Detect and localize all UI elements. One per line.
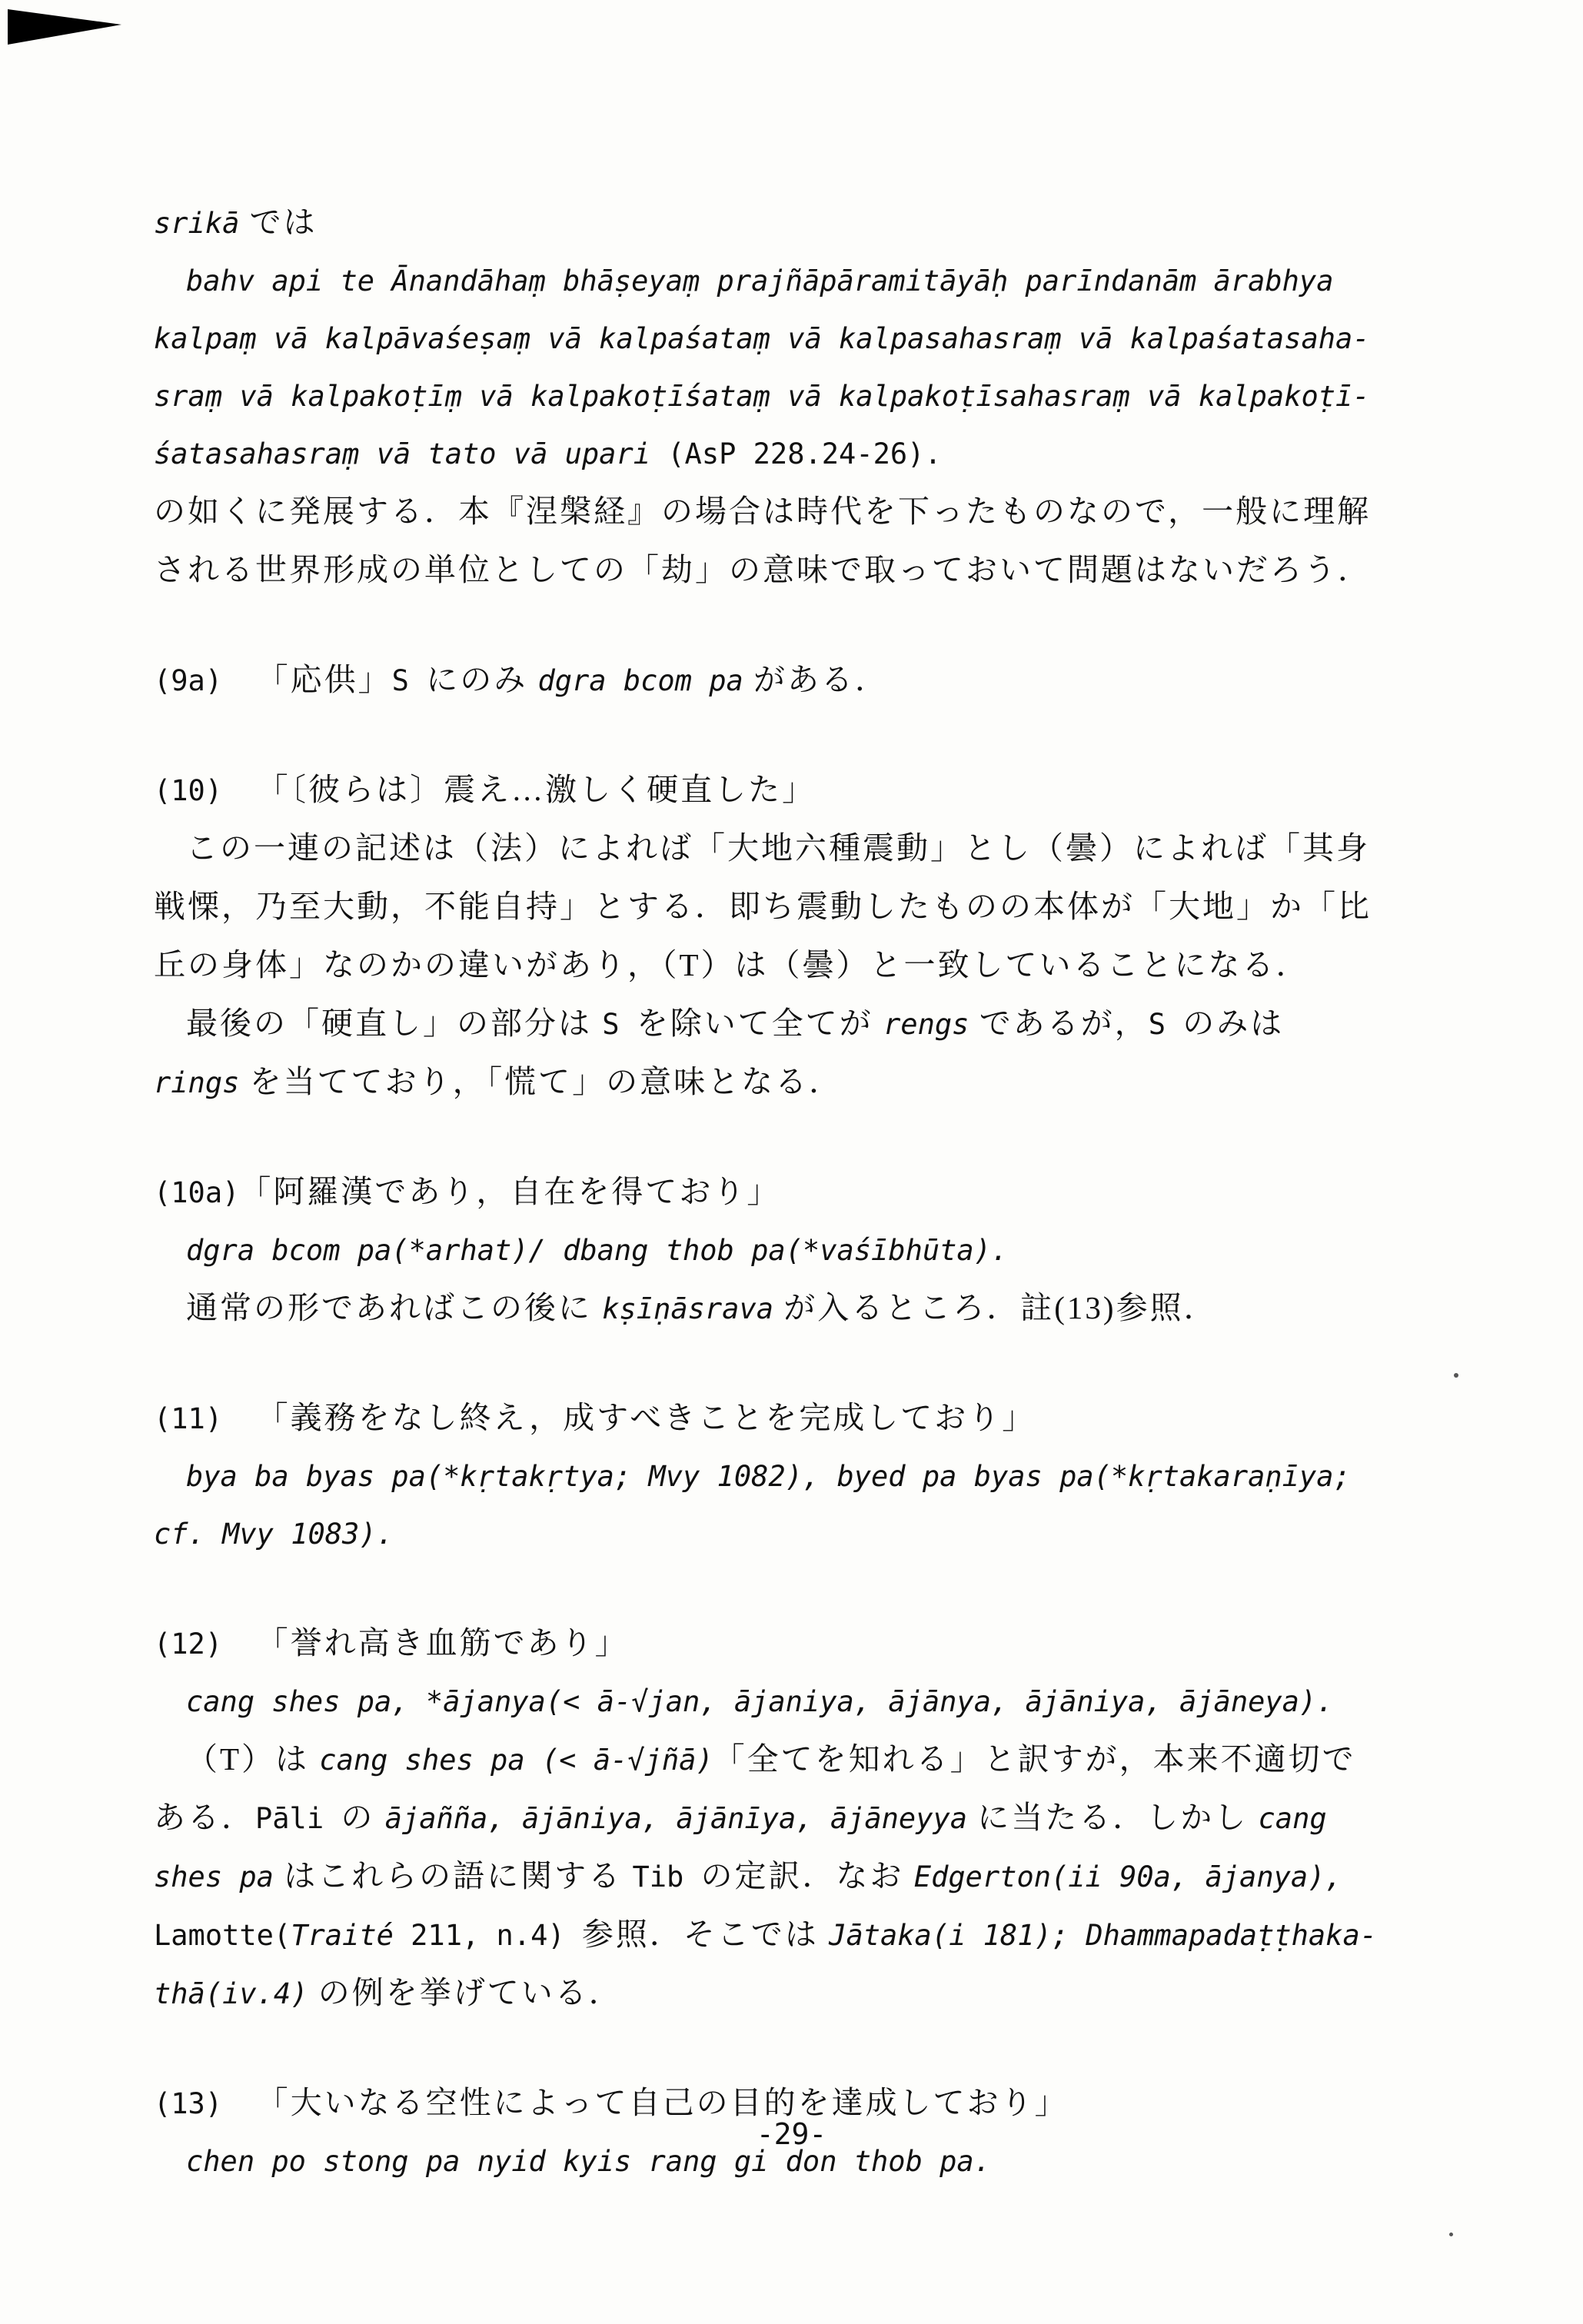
transliteration-text: śatasahasraṃ vā tato vā upari xyxy=(154,437,667,470)
transliteration-text: Traité xyxy=(291,1919,394,1952)
text-line: ある．Pāli の ājañña, ājāniya, ājānīya, ājān… xyxy=(154,1792,1468,1850)
japanese-text: 「阿羅漢であり，自在を得ており」 xyxy=(239,1174,780,1209)
transliteration-text: bahv api te Ānandāhaṃ bhāṣeyaṃ prajñāpār… xyxy=(186,264,1333,298)
text-line: (12) 「誉れ高き血筋であり」 xyxy=(154,1617,1468,1676)
text-line: （T）は cang shes pa (< ā-√jñā)「全てを知れる」と訳すが… xyxy=(154,1734,1468,1792)
japanese-text: に当たる．しかし xyxy=(967,1800,1259,1835)
text-line: (10) 「〔彼らは〕震え…激しく硬直した」 xyxy=(154,764,1468,823)
roman-text: Tib xyxy=(632,1860,700,1893)
transliteration-text: dgra bcom pa(*arhat)/ dbang thob pa(*vaś… xyxy=(186,1234,1008,1267)
japanese-text: 丘の身体」なのかの違いがあり，（T）は（曇）と一致していることになる． xyxy=(154,947,1310,982)
transliteration-text: cf. Mvy 1083). xyxy=(154,1518,394,1551)
transliteration-text: Edgerton(ii 90a, ājanya), xyxy=(914,1860,1342,1893)
text-line: cf. Mvy 1083). xyxy=(154,1508,1468,1566)
transliteration-text: cang shes pa, *ājanya(< ā-√jan, ājaniya,… xyxy=(186,1685,1333,1718)
transliteration-text: rings xyxy=(154,1066,239,1099)
text-line: される世界形成の単位としての「劫」の意味で取っておいて問題はないだろう． xyxy=(154,544,1468,603)
transliteration-text: srikā xyxy=(154,207,239,240)
corner-fold-artifact xyxy=(8,6,123,46)
japanese-text: では xyxy=(239,204,317,240)
japanese-text: を当てており，「慌て」の意味となる． xyxy=(239,1064,843,1099)
roman-text: (10a) xyxy=(154,1176,239,1209)
japanese-text: 「大いなる空性によって自己の目的を達成しており」 xyxy=(257,2085,1069,2120)
japanese-text: の如くに発展する．本『涅槃経』の場合は時代を下ったものなので，一般に理解 xyxy=(154,494,1371,529)
transliteration-text: sraṃ vā kalpakoṭīṃ vā kalpakoṭīśataṃ vā … xyxy=(154,380,1370,413)
roman-text: Lamotte( xyxy=(154,1919,291,1952)
text-line: この一連の記述は（法）によれば「大地六種震動」とし（曇）によれば「其身 xyxy=(154,823,1468,881)
japanese-text: の xyxy=(341,1800,384,1835)
japanese-text: 戦慄，乃至大動，不能自持」とする．即ち震動したものの本体が「大地」か「比 xyxy=(154,889,1372,924)
roman-text: Pāli xyxy=(255,1802,341,1835)
transliteration-text: ājañña, ājāniya, ājānīya, ājāneyya xyxy=(385,1802,967,1835)
roman-text: S xyxy=(1149,1008,1183,1041)
japanese-text: のみは xyxy=(1182,1006,1284,1041)
japanese-text: ある． xyxy=(154,1800,255,1835)
text-line: (9a) 「応供」S にのみ dgra bcom pa がある． xyxy=(154,654,1468,713)
japanese-text: 「誉れ高き血筋であり」 xyxy=(257,1625,629,1661)
japanese-text: 「義務をなし終え，成すべきことを完成しており」 xyxy=(257,1400,1036,1435)
roman-text: (9a) xyxy=(154,664,257,697)
japanese-text: される世界形成の単位としての「劫」の意味で取っておいて問題はないだろう． xyxy=(154,552,1372,587)
japanese-text: を除いて全てが xyxy=(637,1006,883,1041)
text-line: cang shes pa, *ājanya(< ā-√jan, ājaniya,… xyxy=(154,1676,1468,1734)
japanese-text: 最後の「硬直し」の部分は xyxy=(186,1006,602,1041)
text-line: thā(iv.4) の例を挙げている． xyxy=(154,1967,1468,2026)
japanese-text: はこれらの語に関する xyxy=(274,1858,633,1893)
japanese-text: の例を挙げている． xyxy=(308,1975,622,2010)
text-line: shes pa はこれらの語に関する Tib の定訳．なお Edgerton(i… xyxy=(154,1850,1468,1909)
roman-text: S xyxy=(392,664,427,697)
transliteration-text: kṣīṇāsrava xyxy=(602,1292,773,1325)
transliteration-text: rengs xyxy=(883,1008,969,1041)
transliteration-text: bya ba byas pa(*kṛtakṛtya; Mvy 1082), by… xyxy=(186,1460,1351,1493)
roman-text: (10) xyxy=(154,774,257,807)
roman-text: S xyxy=(602,1008,637,1041)
transliteration-text: kalpaṃ vā kalpāvaśeṣaṃ vā kalpaśataṃ vā … xyxy=(154,322,1370,355)
text-line: 丘の身体」なのかの違いがあり，（T）は（曇）と一致していることになる． xyxy=(154,939,1468,998)
page-number: -29- xyxy=(0,2117,1583,2151)
text-line: (11) 「義務をなし終え，成すべきことを完成しており」 xyxy=(154,1392,1468,1451)
text-line: Lamotte(Traité 211, n.4) 参照．そこでは Jātaka(… xyxy=(154,1909,1468,1967)
text-line: rings を当てており，「慌て」の意味となる． xyxy=(154,1056,1468,1115)
text-line: śatasahasraṃ vā tato vā upari (AsP 228.2… xyxy=(154,428,1468,486)
text-line: 最後の「硬直し」の部分は S を除いて全てが rengs であるが，S のみは xyxy=(154,998,1468,1056)
text-line: bya ba byas pa(*kṛtakṛtya; Mvy 1082), by… xyxy=(154,1451,1468,1508)
text-line: srikā では xyxy=(154,197,1468,255)
japanese-text: 「全てを知れる」と訳すが，本来不適切で xyxy=(713,1741,1356,1777)
japanese-text: 通常の形であればこの後に xyxy=(186,1290,602,1325)
roman-text: (AsP 228.24-26). xyxy=(667,437,941,470)
document-page: srikā ではbahv api te Ānandāhaṃ bhāṣeyaṃ p… xyxy=(0,0,1583,2324)
roman-text: 211, n.4) xyxy=(394,1919,582,1952)
japanese-text: にのみ xyxy=(426,662,537,697)
transliteration-text: cang xyxy=(1259,1802,1327,1835)
roman-text: (13) xyxy=(154,2087,257,2120)
japanese-text: 「〔彼らは〕震え…激しく硬直した」 xyxy=(257,772,816,807)
text-line: 通常の形であればこの後に kṣīṇāsrava が入るところ．註(13)参照． xyxy=(154,1282,1468,1341)
transliteration-text: shes pa xyxy=(154,1860,274,1893)
text-line: kalpaṃ vā kalpāvaśeṣaṃ vā kalpaśataṃ vā … xyxy=(154,313,1468,371)
text-line: 戦慄，乃至大動，不能自持」とする．即ち震動したものの本体が「大地」か「比 xyxy=(154,881,1468,939)
japanese-text: が入るところ．註(13)参照． xyxy=(773,1290,1218,1325)
japanese-text: この一連の記述は（法）によれば「大地六種震動」とし（曇）によれば「其身 xyxy=(186,830,1370,866)
roman-text: (12) xyxy=(154,1627,257,1661)
japanese-text: 参照．そこでは xyxy=(582,1917,829,1952)
japanese-text: 「応供」 xyxy=(257,662,392,697)
roman-text: (11) xyxy=(154,1402,257,1435)
text-line: dgra bcom pa(*arhat)/ dbang thob pa(*vaś… xyxy=(154,1225,1468,1282)
japanese-text: （T）は xyxy=(186,1741,319,1777)
transliteration-text: thā(iv.4) xyxy=(154,1977,308,2010)
japanese-text: の定訳．なお xyxy=(701,1858,914,1893)
scan-speck xyxy=(1449,2233,1453,2236)
transliteration-text: cang shes pa (< ā-√jñā) xyxy=(319,1744,713,1777)
transliteration-text: Jātaka(i 181); Dhammapadaṭṭhaka- xyxy=(829,1919,1377,1952)
transliteration-text: dgra bcom pa xyxy=(537,664,743,697)
japanese-text: であるが， xyxy=(969,1006,1148,1041)
text-body: srikā ではbahv api te Ānandāhaṃ bhāṣeyaṃ p… xyxy=(154,197,1468,2193)
text-line: sraṃ vā kalpakoṭīṃ vā kalpakoṭīśataṃ vā … xyxy=(154,371,1468,428)
scan-speck xyxy=(1454,1373,1458,1378)
text-line: (10a)「阿羅漢であり，自在を得ており」 xyxy=(154,1166,1468,1225)
text-line: bahv api te Ānandāhaṃ bhāṣeyaṃ prajñāpār… xyxy=(154,255,1468,313)
japanese-text: がある． xyxy=(743,662,889,697)
text-line: の如くに発展する．本『涅槃経』の場合は時代を下ったものなので，一般に理解 xyxy=(154,486,1468,544)
